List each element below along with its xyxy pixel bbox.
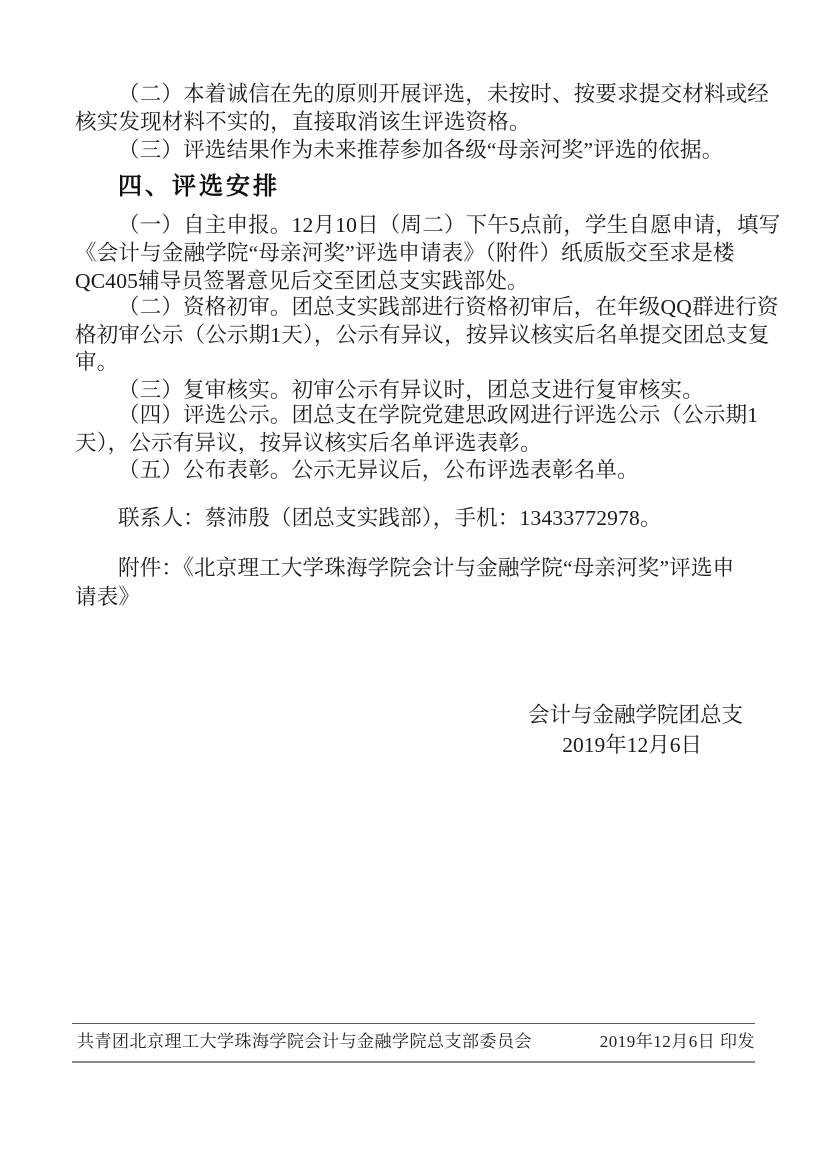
body-line-para3: （三）评选结果作为未来推荐参加各级“母亲河奖”评选的依据。: [118, 137, 723, 164]
footer-print-date: 2019年12月6日 印发: [600, 1031, 755, 1053]
body-line-para2-2: 核实发现材料不实的，直接取消该生评选资格。: [75, 109, 531, 136]
contact-line: 联系人：蔡沛殷（团总支实践部），手机：13433772978。: [118, 505, 662, 532]
footer-issuer: 共青团北京理工大学珠海学院会计与金融学院总支部委员会: [77, 1031, 532, 1053]
document-page: （二）本着诚信在先的原则开展评选，未按时、按要求提交材料或经 核实发现材料不实的…: [0, 0, 827, 1169]
attachment-line-1: 附件：《北京理工大学珠海学院会计与金融学院“母亲河奖”评选申: [118, 555, 734, 582]
body-line-item5: （五）公布表彰。公示无异议后，公布评选表彰名单。: [118, 457, 639, 484]
section-heading: 四、评选安排: [118, 173, 280, 201]
body-line-item1-3: QC405辅导员签署意见后交至团总支实践部处。: [75, 268, 529, 295]
footer-rule-top: [72, 1023, 755, 1024]
body-line-item1-2: 《会计与金融学院“母亲河奖”评选申请表》（附件）纸质版交至求是楼: [75, 240, 735, 267]
body-line-item3: （三）复审核实。初审公示有异议时，团总支进行复审核实。: [118, 377, 704, 404]
signature-date: 2019年12月6日: [562, 732, 702, 759]
body-line-item2-3: 审。: [75, 349, 118, 376]
body-line-item2-2: 格初审公示（公示期1天），公示有异议，按异议核实后名单提交团总支复: [75, 322, 770, 349]
signature-org: 会计与金融学院团总支: [528, 702, 743, 729]
body-line-item1-1: （一）自主申报。12月10日（周二）下午5点前，学生自愿申请，填写: [118, 212, 780, 239]
body-line-para2-1: （二）本着诚信在先的原则开展评选，未按时、按要求提交材料或经: [118, 81, 769, 108]
body-line-item4-1: （四）评选公示。团总支在学院党建思政网进行评选公示（公示期1: [118, 402, 758, 429]
body-line-item4-2: 天），公示有异议，按异议核实后名单评选表彰。: [75, 430, 542, 457]
footer-rule-bottom: [72, 1061, 755, 1063]
attachment-line-2: 请表》: [75, 584, 140, 611]
body-line-item2-1: （二）资格初审。团总支实践部进行资格初审后，在年级QQ群进行资: [118, 294, 779, 321]
